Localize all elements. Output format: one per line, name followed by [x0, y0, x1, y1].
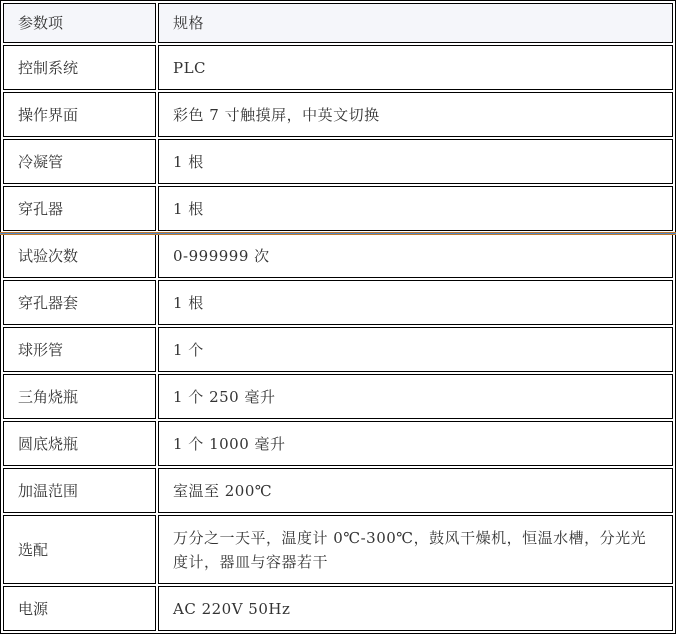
param-name: 圆底烧瓶: [3, 421, 156, 466]
table-row: 操作界面 彩色 7 寸触摸屏，中英文切换: [3, 92, 673, 137]
param-value: 1 个: [158, 327, 673, 372]
spec-table: 参数项 规格 控制系统 PLC 操作界面 彩色 7 寸触摸屏，中英文切换 冷凝管…: [0, 0, 676, 634]
param-value: 0-999999 次: [158, 233, 673, 278]
table-row: 穿孔器套 1 根: [3, 280, 673, 325]
param-value: 室温至 200℃: [158, 468, 673, 513]
param-name: 操作界面: [3, 92, 156, 137]
header-value-cell: 规格: [158, 3, 673, 43]
param-value: 1 根: [158, 186, 673, 231]
table-row: 试验次数 0-999999 次: [3, 233, 673, 278]
table-row: 穿孔器 1 根: [3, 186, 673, 231]
param-name: 球形管: [3, 327, 156, 372]
param-value: 万分之一天平，温度计 0℃-300℃，鼓风干燥机，恒温水槽，分光光度计，器皿与容…: [158, 515, 673, 584]
param-value: AC 220V 50Hz: [158, 586, 673, 631]
param-name: 控制系统: [3, 45, 156, 90]
param-name: 试验次数: [3, 233, 156, 278]
param-value: PLC: [158, 45, 673, 90]
table-row: 球形管 1 个: [3, 327, 673, 372]
horizontal-divider-line: [0, 232, 676, 235]
param-value: 1 根: [158, 280, 673, 325]
header-key-cell: 参数项: [3, 3, 156, 43]
param-name: 穿孔器: [3, 186, 156, 231]
param-value: 彩色 7 寸触摸屏，中英文切换: [158, 92, 673, 137]
param-name: 电源: [3, 586, 156, 631]
param-name: 三角烧瓶: [3, 374, 156, 419]
param-name: 穿孔器套: [3, 280, 156, 325]
table-row: 电源 AC 220V 50Hz: [3, 586, 673, 631]
param-name: 选配: [3, 515, 156, 584]
table-row: 圆底烧瓶 1 个 1000 毫升: [3, 421, 673, 466]
param-name: 加温范围: [3, 468, 156, 513]
param-value: 1 根: [158, 139, 673, 184]
table-row: 控制系统 PLC: [3, 45, 673, 90]
param-value: 1 个 250 毫升: [158, 374, 673, 419]
table-header-row: 参数项 规格: [3, 3, 673, 43]
table-row: 选配 万分之一天平，温度计 0℃-300℃，鼓风干燥机，恒温水槽，分光光度计，器…: [3, 515, 673, 584]
table-row: 冷凝管 1 根: [3, 139, 673, 184]
table-row: 加温范围 室温至 200℃: [3, 468, 673, 513]
table-row: 三角烧瓶 1 个 250 毫升: [3, 374, 673, 419]
param-value: 1 个 1000 毫升: [158, 421, 673, 466]
param-name: 冷凝管: [3, 139, 156, 184]
